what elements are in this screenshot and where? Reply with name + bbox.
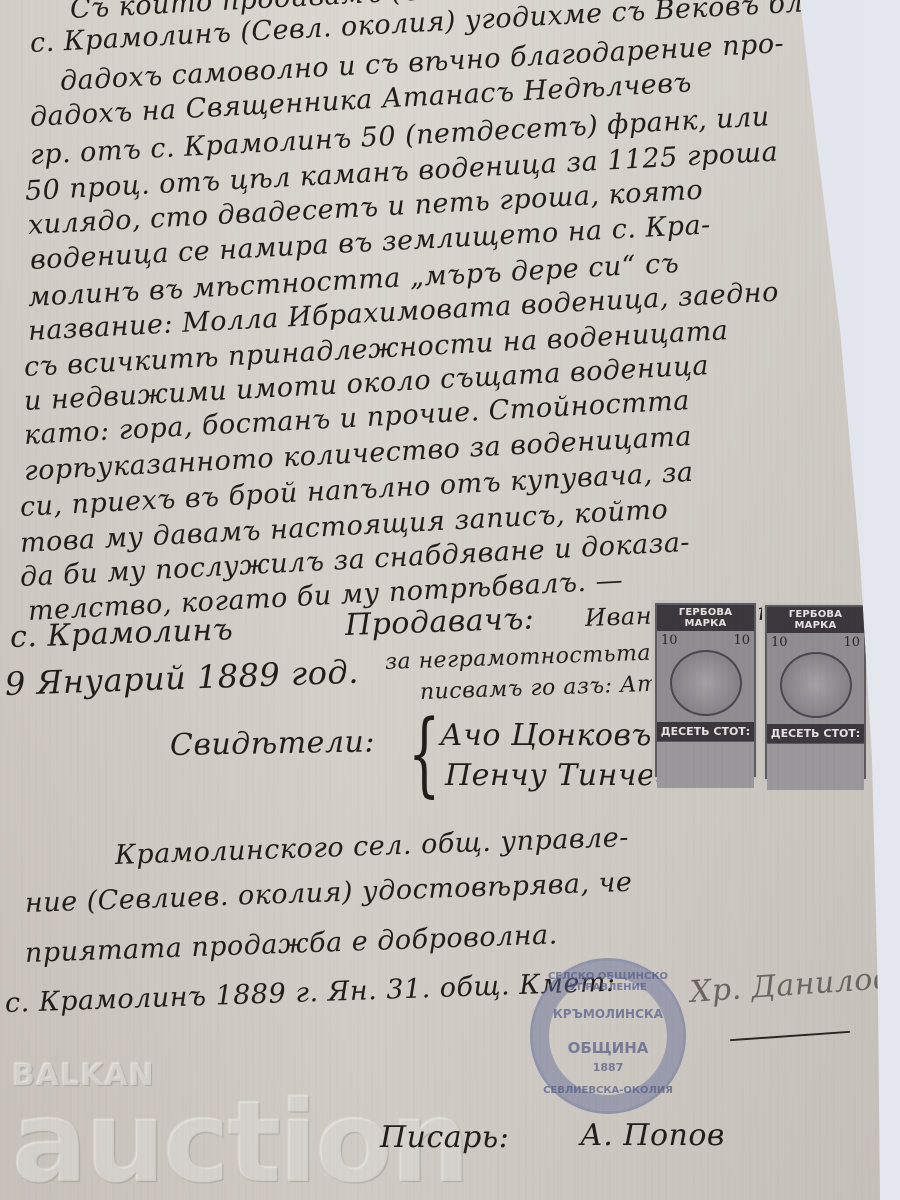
text-line: съ всичкитѣ принадлежности на воденицата — [23, 315, 729, 383]
certification-line: ние (Севлиев. околия) удостовѣрява, че — [24, 867, 632, 919]
text-line: като: гора, бостанъ и прочие. Стойността — [23, 385, 690, 451]
place-line: с. Крамолинъ — [9, 612, 233, 655]
brace-icon: { — [408, 700, 440, 807]
stamp-footer: ДЕСЕТЬ СТОТ: — [657, 722, 754, 741]
municipal-seal: СЕЛСКО ОБЩИНСКО УПРАВЛЕНИЕ КРЪМОЛИНСКА О… — [530, 958, 686, 1114]
coat-of-arms-icon — [670, 650, 742, 716]
seal-inner-text: КРЪМОЛИНСКА — [533, 1007, 683, 1021]
seal-outer-text: СЕЛСКО ОБЩИНСКО УПРАВЛЕНИЕ — [533, 971, 683, 993]
text-line: горѣуказанното количество за воденицата — [23, 421, 692, 487]
text-line: гр. отъ с. Крамолинъ 50 (петдесетъ) фран… — [29, 101, 770, 171]
certification-line: с. Крамолинъ 1889 г. Ян. 31. общ. Кмет: — [4, 967, 616, 1019]
stamp-value: 10 — [733, 633, 750, 648]
stamp-header: ГЕРБОВА МАРКА — [657, 605, 754, 631]
witness-name: Ачо Цонковъ — [440, 718, 652, 753]
text-line: това му давамъ настоящия записъ, който — [19, 494, 669, 559]
certification-line: Крамолинского сел. общ. управле- — [114, 822, 629, 871]
clerk-signature: А. Попов — [580, 1118, 725, 1153]
stamp-value: 10 — [661, 633, 678, 648]
seal-bottom-text: СЕВЛИЕВСКА-ОКОЛИЯ — [533, 1085, 683, 1096]
stamp-value: 10 — [771, 635, 788, 650]
text-line: си, приехъ въ брой напълно отъ купувача,… — [19, 457, 694, 523]
date-line: 9 Януарий 1889 год. — [4, 653, 359, 703]
text-line: телство, когато би му потрѣбвалъ. — — [27, 565, 624, 627]
seller-note: за неграмотностьта му под- — [385, 637, 750, 675]
seller-note: писвамъ го азъ: Ат. Попов — [420, 669, 749, 705]
clerk-label: Писарь: — [380, 1120, 509, 1155]
text-line: дадохъ самоволно и съ вѣчно благодарение… — [59, 28, 785, 97]
text-line: молинъ въ мѣстността „мъръ дере си“ съ — [27, 248, 680, 313]
seal-year: 1887 — [533, 1061, 683, 1074]
witness-name: Пенчу Тинчевъ — [445, 758, 694, 793]
text-line: дадохъ на Священника Атанасъ Недѣлчевъ — [29, 67, 692, 133]
stamp-blank-panel — [657, 741, 754, 788]
seller-name: Иванъ Недѣлчевъ — [585, 596, 828, 632]
watermark-name: auction — [12, 1093, 468, 1193]
text-line: и недвижими имоти около същата воденица — [23, 350, 710, 417]
watermark-brand: BALKAN — [12, 1058, 468, 1093]
seal-inner-text: ОБЩИНА — [533, 1039, 683, 1057]
revenue-stamp: ГЕРБОВА МАРКА 1010 ДЕСЕТЬ СТОТ: — [765, 605, 866, 779]
stamp-value: 10 — [843, 635, 860, 650]
text-line: название: Молла Ибрахимовата воденица, з… — [27, 277, 779, 347]
stamp-footer: ДЕСЕТЬ СТОТ: — [767, 724, 864, 743]
seller-label: Продавачъ: — [344, 601, 535, 643]
coat-of-arms-icon — [780, 652, 852, 718]
revenue-stamp: ГЕРБОВА МАРКА 1010 ДЕСЕТЬ СТОТ: — [655, 603, 756, 777]
text-line: 50 проц. отъ цѣл каманъ воденица за 1125… — [24, 137, 779, 207]
mayor-signature: Хр. Данилов — [689, 961, 892, 1010]
watermark-logo: BALKAN auction — [12, 1058, 468, 1193]
witnesses-label: Свидѣтели: — [170, 724, 376, 763]
stamp-blank-panel — [767, 743, 864, 790]
text-line: да би му послужилъ за снабдяване и доказ… — [19, 527, 691, 593]
text-line: воденица се намира въ землището на с. Кр… — [29, 209, 711, 276]
document-paper: Съ който продавамъ (Севл. околия) уговор… — [0, 0, 900, 1200]
text-line: Съ който продавамъ (Севл. околия) уговор… — [69, 0, 787, 25]
stamp-header: ГЕРБОВА МАРКА — [767, 607, 864, 633]
certification-line: приятата продажба е доброволна. — [24, 919, 558, 969]
underline — [730, 1031, 850, 1041]
text-line: с. Крамолинъ (Севл. околия) угодихме съ … — [29, 0, 900, 59]
text-line: хилядо, сто двадесетъ и петь гроша, коят… — [27, 175, 704, 241]
